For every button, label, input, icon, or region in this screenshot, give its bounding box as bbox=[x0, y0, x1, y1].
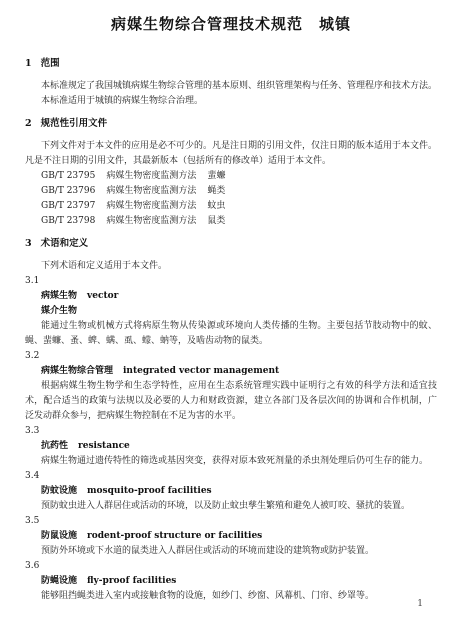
term-name-en: fly-proof facilities bbox=[87, 576, 176, 586]
reference-subject: 蚊虫 bbox=[207, 201, 225, 211]
paragraph: 下列文件对于本文件的应用是必不可少的。凡是注日期的引用文件，仅注日期的版本适用于… bbox=[25, 139, 437, 169]
section-heading-terms-definitions: 3术语和定义 bbox=[25, 238, 437, 250]
term-name-cn: 防鼠设施 bbox=[41, 531, 77, 541]
reference-title: 病媒生物密度监测方法 bbox=[106, 216, 196, 226]
section-title: 范围 bbox=[41, 58, 60, 69]
term-name: 病媒生物综合管理integrated vector management bbox=[25, 364, 437, 379]
paragraph: 本标准适用于城镇的病媒生物综合治理。 bbox=[25, 94, 437, 109]
term-definition: 预防蚊虫进入人群居住或活动的环境，以及防止蚊虫孳生繁殖和避免人被叮咬、骚扰的装置… bbox=[25, 499, 437, 514]
term-name-en: mosquito-proof facilities bbox=[87, 486, 212, 496]
section-title: 规范性引用文件 bbox=[41, 118, 108, 129]
reference-title: 病媒生物密度监测方法 bbox=[106, 171, 196, 181]
section-heading-normative-references: 2规范性引用文件 bbox=[25, 118, 437, 130]
reference-title: 病媒生物密度监测方法 bbox=[106, 201, 196, 211]
reference-code: GB/T 23796 bbox=[41, 186, 95, 196]
term-definition: 能通过生物或机械方式将病原生物从传染源或环境向人类传播的生物。主要包括节肢动物中… bbox=[25, 319, 437, 349]
section-number: 1 bbox=[25, 58, 32, 69]
section-title: 术语和定义 bbox=[41, 238, 89, 249]
term-number: 3.2 bbox=[25, 349, 437, 364]
term-name: 抗药性resistance bbox=[25, 439, 437, 454]
term-name-cn: 病媒生物综合管理 bbox=[41, 366, 113, 376]
term-name-en: resistance bbox=[78, 441, 130, 451]
term-definition: 病媒生物通过遗传特性的筛选或基因突变，获得对原本致死剂量的杀虫剂处理后仍可生存的… bbox=[25, 454, 437, 469]
term-definition: 根据病媒生物生物学和生态学特性，应用在生态系统管理实践中证明行之有效的科学方法和… bbox=[25, 379, 437, 424]
term-number: 3.3 bbox=[25, 424, 437, 439]
document-page: 病媒生物综合管理技术规范 城镇 1范围 本标准规定了我国城镇病媒生物综合管理的基… bbox=[0, 0, 461, 621]
paragraph: 下列术语和定义适用于本文件。 bbox=[25, 259, 437, 274]
term-name-cn: 防蝇设施 bbox=[41, 576, 77, 586]
reference-code: GB/T 23798 bbox=[41, 216, 95, 226]
term-name-en: integrated vector management bbox=[123, 366, 279, 376]
document-title: 病媒生物综合管理技术规范 城镇 bbox=[25, 13, 437, 35]
term-name-en: vector bbox=[87, 291, 118, 301]
section-heading-scope: 1范围 bbox=[25, 58, 437, 70]
reference-code: GB/T 23795 bbox=[41, 171, 95, 181]
term-number: 3.5 bbox=[25, 514, 437, 529]
term-name: 防鼠设施rodent-proof structure or facilities bbox=[25, 529, 437, 544]
reference-subject: 蝇类 bbox=[207, 186, 225, 196]
reference-title: 病媒生物密度监测方法 bbox=[106, 186, 196, 196]
term-name: 防蝇设施fly-proof facilities bbox=[25, 574, 437, 589]
term-synonym: 媒介生物 bbox=[25, 304, 437, 319]
term-number: 3.6 bbox=[25, 559, 437, 574]
term-number: 3.1 bbox=[25, 274, 437, 289]
section-number: 2 bbox=[25, 118, 32, 129]
term-name-cn: 病媒生物 bbox=[41, 291, 77, 301]
term-name-cn: 防蚊设施 bbox=[41, 486, 77, 496]
section-number: 3 bbox=[25, 238, 32, 249]
term-definition: 预防外环境或下水道的鼠类进入人群居住或活动的环境而建设的建筑物或防护装置。 bbox=[25, 544, 437, 559]
reference-item: GB/T 23798病媒生物密度监测方法鼠类 bbox=[25, 214, 437, 229]
term-name: 病媒生物vector bbox=[25, 289, 437, 304]
reference-subject: 蜚蠊 bbox=[207, 171, 225, 181]
reference-code: GB/T 23797 bbox=[41, 201, 95, 211]
paragraph: 本标准规定了我国城镇病媒生物综合管理的基本原则、组织管理架构与任务、管理程序和技… bbox=[25, 79, 437, 94]
term-name-cn: 抗药性 bbox=[41, 441, 68, 451]
term-name-en: rodent-proof structure or facilities bbox=[87, 531, 262, 541]
reference-item: GB/T 23795病媒生物密度监测方法蜚蠊 bbox=[25, 169, 437, 184]
term-number: 3.4 bbox=[25, 469, 437, 484]
reference-item: GB/T 23797病媒生物密度监测方法蚊虫 bbox=[25, 199, 437, 214]
reference-item: GB/T 23796病媒生物密度监测方法蝇类 bbox=[25, 184, 437, 199]
reference-subject: 鼠类 bbox=[207, 216, 225, 226]
term-definition: 能够阻挡蝇类进入室内或接触食物的设施，如纱门、纱窗、风幕机、门帘、纱罩等。 bbox=[25, 589, 437, 604]
term-name: 防蚊设施mosquito-proof facilities bbox=[25, 484, 437, 499]
page-number: 1 bbox=[417, 599, 423, 609]
